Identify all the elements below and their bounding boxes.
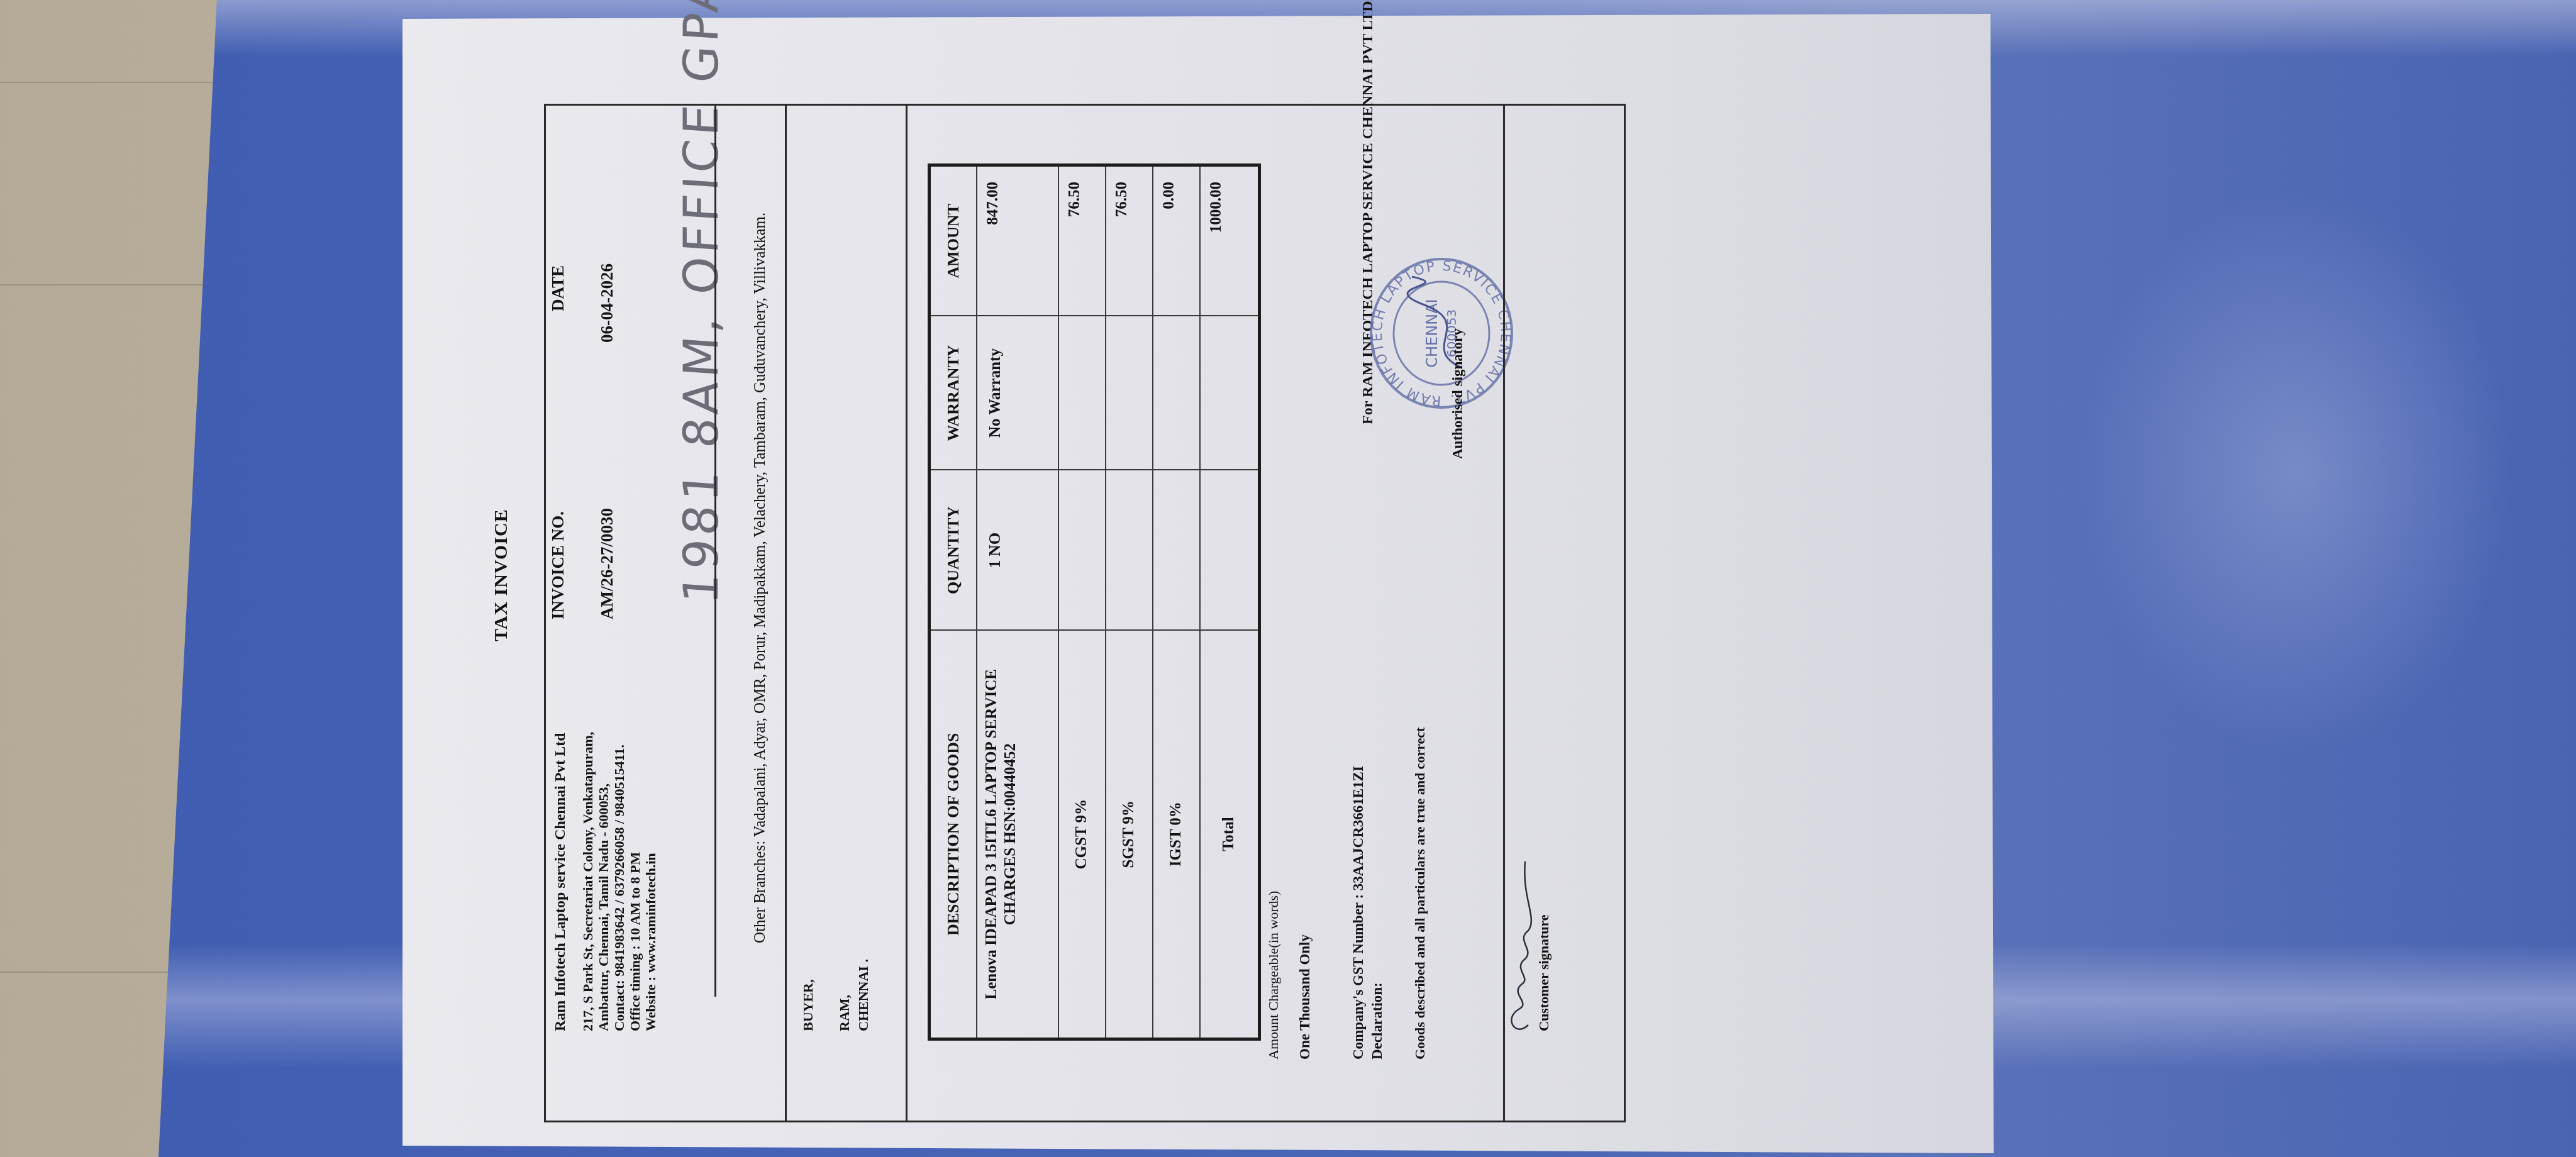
folder-glare <box>2075 189 2516 755</box>
total-label: Total <box>1200 631 1260 1039</box>
handwritten-payment-note: 1981 8AM, OFFICE GPAY. <box>673 0 729 606</box>
address-line: 217, S Park St, Secretariat Colony, Venk… <box>580 732 596 1031</box>
declaration-text: Goods described and all particulars are … <box>1412 728 1428 1060</box>
tax-label: IGST 0% <box>1153 631 1200 1039</box>
tax-amount: 76.50 <box>1106 165 1153 316</box>
amount-in-words: One Thousand Only <box>1297 934 1313 1060</box>
address-line: Contact: 9841983642 / 6379266058 / 98405… <box>611 732 627 1031</box>
branches-divider <box>785 104 787 1122</box>
website-line: Website : www.raminfotech.in <box>643 732 658 1031</box>
date-value: 06-04-2026 <box>597 263 617 343</box>
table-row: IGST 0% 0.00 <box>1153 165 1200 1039</box>
item-amount: 847.00 <box>977 165 1058 316</box>
column-header: WARRANTY <box>930 316 977 470</box>
empty-cell <box>1153 316 1200 470</box>
date-label: DATE <box>548 265 568 311</box>
table-header-row: DESCRIPTION OF GOODS QUANTITY WARRANTY A… <box>930 165 977 1039</box>
tax-amount: 76.50 <box>1058 165 1106 316</box>
item-warranty: No Warranty <box>977 316 1058 470</box>
table-row: Lenova IDEAPAD 3 15ITL6 LAPTOP SERVICE C… <box>977 165 1058 1039</box>
buyer-city: CHENNAI . <box>854 959 873 1031</box>
goods-table: DESCRIPTION OF GOODS QUANTITY WARRANTY A… <box>928 163 1261 1041</box>
company-stamp-icon: RAM INFOTECH LAPTOP SERVICE CHENNAI PVT.… <box>1368 255 1516 412</box>
declaration-label: Declaration: <box>1368 766 1387 1060</box>
column-header: QUANTITY <box>930 470 977 631</box>
empty-cell <box>1106 316 1153 470</box>
empty-cell <box>1058 470 1106 631</box>
empty-cell <box>1106 470 1153 631</box>
invoice-no-label: INVOICE NO. <box>548 511 568 619</box>
buyer-name: RAM, <box>835 959 854 1031</box>
total-amount: 1000.00 <box>1200 165 1260 316</box>
table-row: SGST 9% 76.50 <box>1106 165 1153 1039</box>
address-line: Ambattur, Chennai, Tamil Nadu - 600053, <box>596 732 611 1031</box>
column-header: AMOUNT <box>930 165 977 316</box>
tax-amount: 0.00 <box>1153 165 1200 316</box>
tax-invoice-page: TAX INVOICE Ram Infotech Laptop service … <box>409 16 1994 1148</box>
company-gst-number: Company's GST Number : 33AAJCR3661E1ZI <box>1349 766 1368 1060</box>
table-total-row: Total 1000.00 <box>1200 165 1260 1039</box>
other-branches: Other Branches: Vadapalani, Adyar, OMR, … <box>752 213 769 943</box>
buyer-label: BUYER, <box>799 959 818 1031</box>
empty-cell <box>1200 316 1260 470</box>
buyer-divider <box>906 104 908 1122</box>
header-divider <box>714 104 716 997</box>
authorised-signatory-label: Authorised signatory <box>1450 328 1466 459</box>
invoice-title: TAX INVOICE <box>491 509 512 641</box>
amount-words-label: Amount Chargeable(in words) <box>1265 891 1282 1060</box>
empty-cell <box>1200 470 1260 631</box>
company-name: Ram Infotech Laptop service Chennai Pvt … <box>552 733 569 1031</box>
tax-label: SGST 9% <box>1106 631 1153 1039</box>
empty-cell <box>1058 316 1106 470</box>
item-description: Lenova IDEAPAD 3 15ITL6 LAPTOP SERVICE C… <box>977 631 1058 1039</box>
invoice-no-value: AM/26-27/0030 <box>597 508 617 619</box>
column-header: DESCRIPTION OF GOODS <box>930 631 977 1039</box>
table-row: CGST 9% 76.50 <box>1058 165 1106 1039</box>
gst-declaration-block: Company's GST Number : 33AAJCR3661E1ZI D… <box>1349 766 1387 1060</box>
empty-cell <box>1153 470 1200 631</box>
customer-signature-label: Customer signature <box>1536 914 1552 1031</box>
tax-label: CGST 9% <box>1058 631 1106 1039</box>
address-line: Office timing : 10 AM to 8 PM <box>627 732 643 1031</box>
buyer-block: BUYER, RAM, CHENNAI . <box>799 959 873 1031</box>
item-quantity: 1 NO <box>977 470 1058 631</box>
company-address: 217, S Park St, Secretariat Colony, Venk… <box>580 732 658 1031</box>
